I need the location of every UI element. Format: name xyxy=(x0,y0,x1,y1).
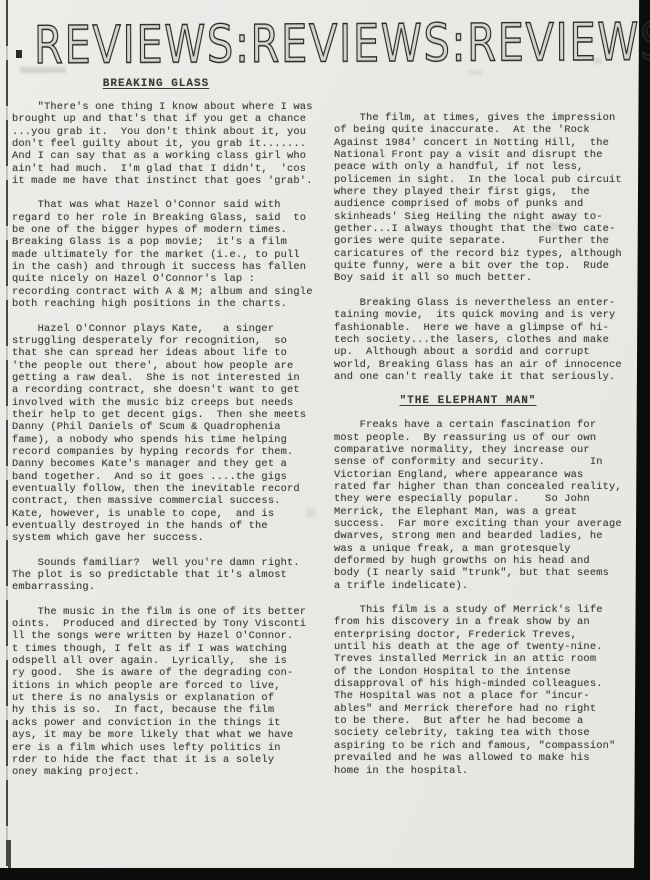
elephant-man-heading: "THE ELEPHANT MAN" xyxy=(334,395,602,407)
breaking-glass-heading: BREAKING GLASS xyxy=(12,78,300,90)
review-paragraph: That was what Hazel O'Connor said with r… xyxy=(12,199,330,310)
review-paragraph: Breaking Glass is nevertheless an enter-… xyxy=(334,297,642,383)
review-paragraph: The music in the film is one of its bett… xyxy=(12,606,330,779)
scan-corner-mark xyxy=(8,840,11,868)
left-column: BREAKING GLASS "There's one thing I know… xyxy=(12,78,330,791)
scan-bottom-black-band xyxy=(0,868,650,880)
right-column: The film, at times, gives the impression… xyxy=(334,112,642,789)
page-title: REVIEWS:REVIEWS:REVIEWS xyxy=(34,17,650,72)
review-paragraph: This film is a study of Merrick's life f… xyxy=(334,604,642,777)
scan-left-edge-line xyxy=(6,0,8,866)
review-paragraph: Sounds familiar? Well you're damn right.… xyxy=(12,557,330,594)
review-paragraph: "There's one thing I know about where I … xyxy=(12,101,330,187)
masthead-dot-mark xyxy=(16,50,22,58)
review-paragraph: Hazel O'Connor plays Kate, a singer stru… xyxy=(12,323,330,545)
masthead: REVIEWS:REVIEWS:REVIEWS xyxy=(16,20,650,72)
review-paragraph: Freaks have a certain fascination for mo… xyxy=(334,419,642,592)
review-paragraph: The film, at times, gives the impression… xyxy=(334,112,642,285)
